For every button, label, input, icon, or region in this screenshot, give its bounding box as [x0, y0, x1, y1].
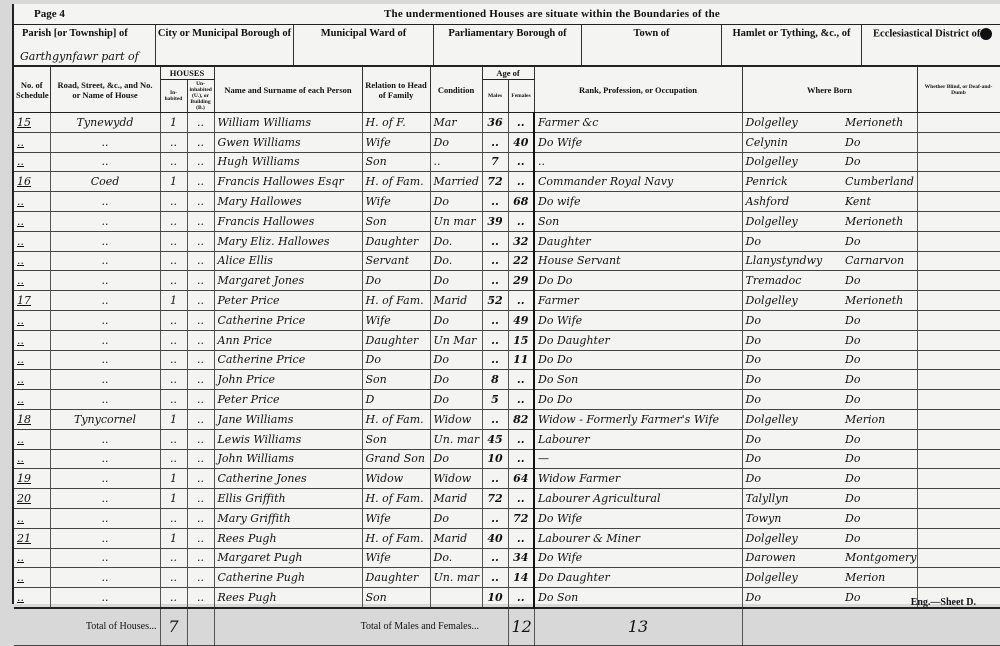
inhabited-count: .. [160, 231, 187, 251]
col-condition: Condition [430, 67, 482, 113]
uninhabited-count: .. [187, 231, 214, 251]
inhabited-count: .. [160, 251, 187, 271]
census-row: .. .. .. .. Mary Hallowes Wife Do .. 68 … [14, 192, 1000, 212]
uninhabited-count: .. [187, 429, 214, 449]
birth-county: Do [842, 429, 917, 449]
age-male: 39 [482, 211, 508, 231]
relation: Son [362, 211, 430, 231]
occupation: Farmer [534, 291, 742, 311]
house-name: .. [50, 132, 160, 152]
occupation: Do Son [534, 588, 742, 607]
birth-county: Merion [842, 409, 917, 429]
birth-place: Do [742, 350, 842, 370]
infirmity [917, 291, 1000, 311]
age-female: 49 [508, 310, 534, 330]
uninhabited-count: .. [187, 390, 214, 410]
birth-place: Do [742, 588, 842, 607]
age-male: .. [482, 508, 508, 528]
person-name: Rees Pugh [214, 528, 362, 548]
birth-place: Do [742, 310, 842, 330]
schedule-number: .. [14, 310, 50, 330]
house-name: .. [50, 152, 160, 172]
census-row: .. .. .. .. Margaret Jones Do Do .. 29 D… [14, 271, 1000, 291]
relation: Servant [362, 251, 430, 271]
census-row: .. .. .. .. Catherine Pugh Daughter Un. … [14, 568, 1000, 588]
uninhabited-count: .. [187, 350, 214, 370]
birth-county: Do [842, 310, 917, 330]
inhabited-count: .. [160, 548, 187, 568]
schedule-number: .. [14, 231, 50, 251]
occupation: Do Wife [534, 508, 742, 528]
person-name: Catherine Pugh [214, 568, 362, 588]
uninhabited-count: .. [187, 291, 214, 311]
infirmity [917, 528, 1000, 548]
infirmity [917, 330, 1000, 350]
age-female: .. [508, 449, 534, 469]
district-city: City or Municipal Borough of [156, 25, 294, 65]
age-female: 72 [508, 508, 534, 528]
schedule-number: .. [14, 251, 50, 271]
relation: Do [362, 271, 430, 291]
relation: Widow [362, 469, 430, 489]
birth-county: Kent [842, 192, 917, 212]
birth-county: Do [842, 489, 917, 509]
age-female: 82 [508, 409, 534, 429]
infirmity [917, 192, 1000, 212]
schedule-number: .. [14, 152, 50, 172]
age-female: 64 [508, 469, 534, 489]
age-female: .. [508, 489, 534, 509]
census-row: .. .. .. .. John Williams Grand Son Do 1… [14, 449, 1000, 469]
age-female: .. [508, 528, 534, 548]
house-name: .. [50, 350, 160, 370]
age-male: 36 [482, 113, 508, 133]
schedule-number: 19 [14, 469, 50, 489]
infirmity [917, 390, 1000, 410]
condition: Marid [430, 291, 482, 311]
person-name: Rees Pugh [214, 588, 362, 607]
inhabited-count: .. [160, 330, 187, 350]
census-row: .. .. .. .. Catherine Price Do Do .. 11 … [14, 350, 1000, 370]
birth-county: Montgomery [842, 548, 917, 568]
schedule-number: .. [14, 330, 50, 350]
occupation: — [534, 449, 742, 469]
census-sheet: Page 4 The undermentioned Houses are sit… [12, 4, 1000, 604]
uninhabited-count: .. [187, 192, 214, 212]
col-uninhabited: Un-inhabited (U.), or Building (B.) [187, 80, 214, 113]
uninhabited-count: .. [187, 528, 214, 548]
condition: Marid [430, 528, 482, 548]
house-name: .. [50, 548, 160, 568]
occupation: Do Wife [534, 132, 742, 152]
birth-place: Dolgelley [742, 568, 842, 588]
inhabited-count: .. [160, 350, 187, 370]
age-female: .. [508, 113, 534, 133]
person-name: John Williams [214, 449, 362, 469]
occupation: .. [534, 152, 742, 172]
person-name: Hugh Williams [214, 152, 362, 172]
occupation: House Servant [534, 251, 742, 271]
census-row: 20 .. 1 .. Ellis Griffith H. of Fam. Mar… [14, 489, 1000, 509]
schedule-number: 17 [14, 291, 50, 311]
person-name: Lewis Williams [214, 429, 362, 449]
condition: Un. mar [430, 429, 482, 449]
birth-county: Do [842, 330, 917, 350]
condition: Do [430, 370, 482, 390]
person-name: Peter Price [214, 291, 362, 311]
occupation: Widow - Formerly Farmer's Wife [534, 409, 742, 429]
person-name: Ellis Griffith [214, 489, 362, 509]
inhabited-count: 1 [160, 469, 187, 489]
district-parish: Parish [or Township] of Garthgynfawr par… [14, 25, 156, 65]
occupation: Do Wife [534, 310, 742, 330]
district-label: City or Municipal Borough of [158, 28, 291, 39]
house-name: .. [50, 568, 160, 588]
occupation: Farmer &c [534, 113, 742, 133]
age-male: 8 [482, 370, 508, 390]
age-female: 34 [508, 548, 534, 568]
col-name: Name and Surname of each Person [214, 67, 362, 113]
age-male: .. [482, 548, 508, 568]
person-name: John Price [214, 370, 362, 390]
uninhabited-count: .. [187, 409, 214, 429]
house-name: .. [50, 489, 160, 509]
birth-county: Do [842, 152, 917, 172]
occupation: Son [534, 211, 742, 231]
census-row: .. .. .. .. Hugh Williams Son .. 7 .. ..… [14, 152, 1000, 172]
schedule-number: .. [14, 132, 50, 152]
occupation: Daughter [534, 231, 742, 251]
birth-county: Do [842, 350, 917, 370]
inhabited-count: .. [160, 390, 187, 410]
relation: H. of Fam. [362, 528, 430, 548]
col-infirmity: Whether Blind, or Deaf-and-Dumb [917, 67, 1000, 113]
occupation: Do Daughter [534, 330, 742, 350]
birth-place: Dolgelley [742, 152, 842, 172]
infirmity [917, 370, 1000, 390]
house-name: .. [50, 508, 160, 528]
schedule-number: .. [14, 350, 50, 370]
house-name: .. [50, 449, 160, 469]
uninhabited-count: .. [187, 152, 214, 172]
house-name: .. [50, 211, 160, 231]
district-label: Parish [or Township] of [22, 28, 128, 39]
house-name: .. [50, 528, 160, 548]
schedule-number: .. [14, 449, 50, 469]
district-value: Garthgynfawr part of [20, 50, 139, 63]
infirmity [917, 271, 1000, 291]
schedule-number: 18 [14, 409, 50, 429]
page-number: Page 4 [34, 8, 65, 20]
district-parliamentary: Parliamentary Borough of [434, 25, 582, 65]
census-row: .. .. .. .. Mary Eliz. Hallowes Daughter… [14, 231, 1000, 251]
condition: Do [430, 132, 482, 152]
condition: Widow [430, 409, 482, 429]
relation: Daughter [362, 568, 430, 588]
col-road: Road, Street, &c., and No. or Name of Ho… [50, 67, 160, 113]
birth-place: Do [742, 429, 842, 449]
inhabited-count: .. [160, 568, 187, 588]
district-header: Parish [or Township] of Garthgynfawr par… [14, 25, 1000, 67]
house-name: Coed [50, 172, 160, 192]
col-schedule: No. of Schedule [14, 67, 50, 113]
infirmity [917, 172, 1000, 192]
person-name: Catherine Jones [214, 469, 362, 489]
inhabited-count: 1 [160, 172, 187, 192]
census-row: .. .. .. .. Peter Price D Do 5 .. Do Do … [14, 390, 1000, 410]
house-name: .. [50, 251, 160, 271]
inhabited-count: 1 [160, 291, 187, 311]
person-name: Alice Ellis [214, 251, 362, 271]
birth-county: Carnarvon [842, 251, 917, 271]
birth-place: Dolgelley [742, 211, 842, 231]
house-name: Tynycornel [50, 409, 160, 429]
inhabited-count: .. [160, 132, 187, 152]
inhabited-count: .. [160, 429, 187, 449]
infirmity [917, 132, 1000, 152]
birth-county: Merioneth [842, 211, 917, 231]
district-ward: Municipal Ward of [294, 25, 434, 65]
relation: Wife [362, 192, 430, 212]
occupation: Do Son [534, 370, 742, 390]
person-name: Catherine Price [214, 310, 362, 330]
relation: Do [362, 350, 430, 370]
census-row: 19 .. 1 .. Catherine Jones Widow Widow .… [14, 469, 1000, 489]
person-name: Francis Hallowes Esqr [214, 172, 362, 192]
person-name: Peter Price [214, 390, 362, 410]
birth-place: Tremadoc [742, 271, 842, 291]
age-male: 5 [482, 390, 508, 410]
age-male: .. [482, 350, 508, 370]
census-row: .. .. .. .. Alice Ellis Servant Do. .. 2… [14, 251, 1000, 271]
age-female: .. [508, 152, 534, 172]
inhabited-count: .. [160, 152, 187, 172]
occupation: Do Wife [534, 548, 742, 568]
age-female: 29 [508, 271, 534, 291]
age-male: .. [482, 310, 508, 330]
birth-place: Towyn [742, 508, 842, 528]
age-female: 40 [508, 132, 534, 152]
condition: Marid [430, 489, 482, 509]
schedule-number: .. [14, 588, 50, 607]
birth-place: Celynin [742, 132, 842, 152]
col-age: Age of [482, 67, 534, 80]
census-row: .. .. .. .. Ann Price Daughter Un Mar ..… [14, 330, 1000, 350]
age-female: .. [508, 429, 534, 449]
age-male: .. [482, 469, 508, 489]
inhabited-count: .. [160, 211, 187, 231]
relation: Son [362, 588, 430, 607]
birth-place: Ashford [742, 192, 842, 212]
uninhabited-count: .. [187, 211, 214, 231]
col-occupation: Rank, Profession, or Occupation [534, 67, 742, 113]
house-name: .. [50, 390, 160, 410]
age-female: .. [508, 291, 534, 311]
infirmity [917, 489, 1000, 509]
inhabited-count: 1 [160, 409, 187, 429]
uninhabited-count: .. [187, 132, 214, 152]
birth-county: Merion [842, 568, 917, 588]
uninhabited-count: .. [187, 330, 214, 350]
census-row: 16 Coed 1 .. Francis Hallowes Esqr H. of… [14, 172, 1000, 192]
birth-county: Do [842, 469, 917, 489]
uninhabited-count: .. [187, 251, 214, 271]
inhabited-count: .. [160, 310, 187, 330]
birth-place: Do [742, 449, 842, 469]
birth-place: Do [742, 231, 842, 251]
relation: Daughter [362, 231, 430, 251]
schedule-number: 20 [14, 489, 50, 509]
condition [430, 588, 482, 607]
birth-county: Do [842, 528, 917, 548]
age-male: 72 [482, 172, 508, 192]
birth-place: Dolgelley [742, 291, 842, 311]
infirmity [917, 113, 1000, 133]
age-male: 10 [482, 588, 508, 607]
inhabited-count: 1 [160, 528, 187, 548]
col-houses: HOUSES [160, 67, 214, 80]
birth-place: Do [742, 330, 842, 350]
schedule-number: .. [14, 192, 50, 212]
column-header-row: No. of Schedule Road, Street, &c., and N… [14, 67, 1000, 80]
occupation: Do wife [534, 192, 742, 212]
person-name: Margaret Pugh [214, 548, 362, 568]
birth-county: Do [842, 271, 917, 291]
col-inhabited: In-habited [160, 80, 187, 113]
occupation: Do Do [534, 350, 742, 370]
age-female: 14 [508, 568, 534, 588]
district-label: Town of [633, 28, 669, 39]
schedule-number: 15 [14, 113, 50, 133]
relation: Wife [362, 310, 430, 330]
age-female: .. [508, 172, 534, 192]
infirmity [917, 469, 1000, 489]
col-where-born: Where Born [742, 67, 917, 113]
uninhabited-count: .. [187, 469, 214, 489]
census-rows: 15 Tynewydd 1 .. William Williams H. of … [14, 113, 1000, 608]
age-male: 7 [482, 152, 508, 172]
infirmity [917, 152, 1000, 172]
infirmity [917, 211, 1000, 231]
birth-place: Dolgelley [742, 528, 842, 548]
occupation: Commander Royal Navy [534, 172, 742, 192]
boundaries-banner: The undermentioned Houses are situate wi… [384, 8, 720, 20]
age-male: .. [482, 251, 508, 271]
person-name: Ann Price [214, 330, 362, 350]
condition: Widow [430, 469, 482, 489]
relation: H. of F. [362, 113, 430, 133]
census-row: .. .. .. .. Francis Hallowes Son Un mar … [14, 211, 1000, 231]
relation: Daughter [362, 330, 430, 350]
infirmity [917, 568, 1000, 588]
occupation: Do Do [534, 271, 742, 291]
birth-county: Do [842, 449, 917, 469]
person-name: Margaret Jones [214, 271, 362, 291]
condition: Do [430, 271, 482, 291]
birth-county: Do [842, 588, 917, 607]
uninhabited-count: .. [187, 489, 214, 509]
census-row: .. .. .. .. Lewis Williams Son Un. mar 4… [14, 429, 1000, 449]
birth-place: Talyllyn [742, 489, 842, 509]
district-hamlet: Hamlet or Tything, &c., of [722, 25, 862, 65]
district-label: Municipal Ward of [321, 28, 407, 39]
condition: .. [430, 152, 482, 172]
condition: Do [430, 310, 482, 330]
age-male: .. [482, 192, 508, 212]
condition: Married [430, 172, 482, 192]
infirmity [917, 508, 1000, 528]
birth-county: Do [842, 508, 917, 528]
uninhabited-count: .. [187, 310, 214, 330]
person-name: Mary Eliz. Hallowes [214, 231, 362, 251]
sheet-header-line: Page 4 The undermentioned Houses are sit… [14, 4, 1000, 25]
census-row: 17 .. 1 .. Peter Price H. of Fam. Marid … [14, 291, 1000, 311]
census-row: .. .. .. .. Margaret Pugh Wife Do. .. 34… [14, 548, 1000, 568]
relation: Wife [362, 132, 430, 152]
age-male: 52 [482, 291, 508, 311]
col-males: Males [482, 80, 508, 113]
census-row: .. .. .. .. John Price Son Do 8 .. Do So… [14, 370, 1000, 390]
infirmity [917, 548, 1000, 568]
uninhabited-count: .. [187, 588, 214, 607]
condition: Do [430, 508, 482, 528]
birth-place: Penrick [742, 172, 842, 192]
census-row: 21 .. 1 .. Rees Pugh H. of Fam. Marid 40… [14, 528, 1000, 548]
condition: Mar [430, 113, 482, 133]
house-name: .. [50, 429, 160, 449]
birth-county: Merioneth [842, 291, 917, 311]
birth-place: Do [742, 370, 842, 390]
person-name: Francis Hallowes [214, 211, 362, 231]
infirmity [917, 251, 1000, 271]
age-female: 11 [508, 350, 534, 370]
house-name: Tynewydd [50, 113, 160, 133]
relation: H. of Fam. [362, 291, 430, 311]
age-female: .. [508, 588, 534, 607]
house-name: .. [50, 231, 160, 251]
uninhabited-count: .. [187, 568, 214, 588]
inhabited-count: .. [160, 508, 187, 528]
relation: Grand Son [362, 449, 430, 469]
infirmity [917, 350, 1000, 370]
schedule-number: .. [14, 370, 50, 390]
age-male: .. [482, 132, 508, 152]
age-male: 45 [482, 429, 508, 449]
infirmity [917, 409, 1000, 429]
inhabited-count: .. [160, 370, 187, 390]
schedule-number: .. [14, 211, 50, 231]
schedule-number: .. [14, 508, 50, 528]
occupation: Labourer & Miner [534, 528, 742, 548]
condition: Do [430, 449, 482, 469]
person-name: William Williams [214, 113, 362, 133]
age-male: .. [482, 330, 508, 350]
house-name: .. [50, 330, 160, 350]
infirmity [917, 231, 1000, 251]
condition: Do. [430, 548, 482, 568]
condition: Do [430, 192, 482, 212]
schedule-number: 16 [14, 172, 50, 192]
house-name: .. [50, 271, 160, 291]
birth-place: Darowen [742, 548, 842, 568]
condition: Un mar [430, 211, 482, 231]
birth-county: Do [842, 370, 917, 390]
birth-county: Cumberland [842, 172, 917, 192]
house-name: .. [50, 370, 160, 390]
infirmity [917, 310, 1000, 330]
house-name: .. [50, 588, 160, 607]
relation: Son [362, 370, 430, 390]
